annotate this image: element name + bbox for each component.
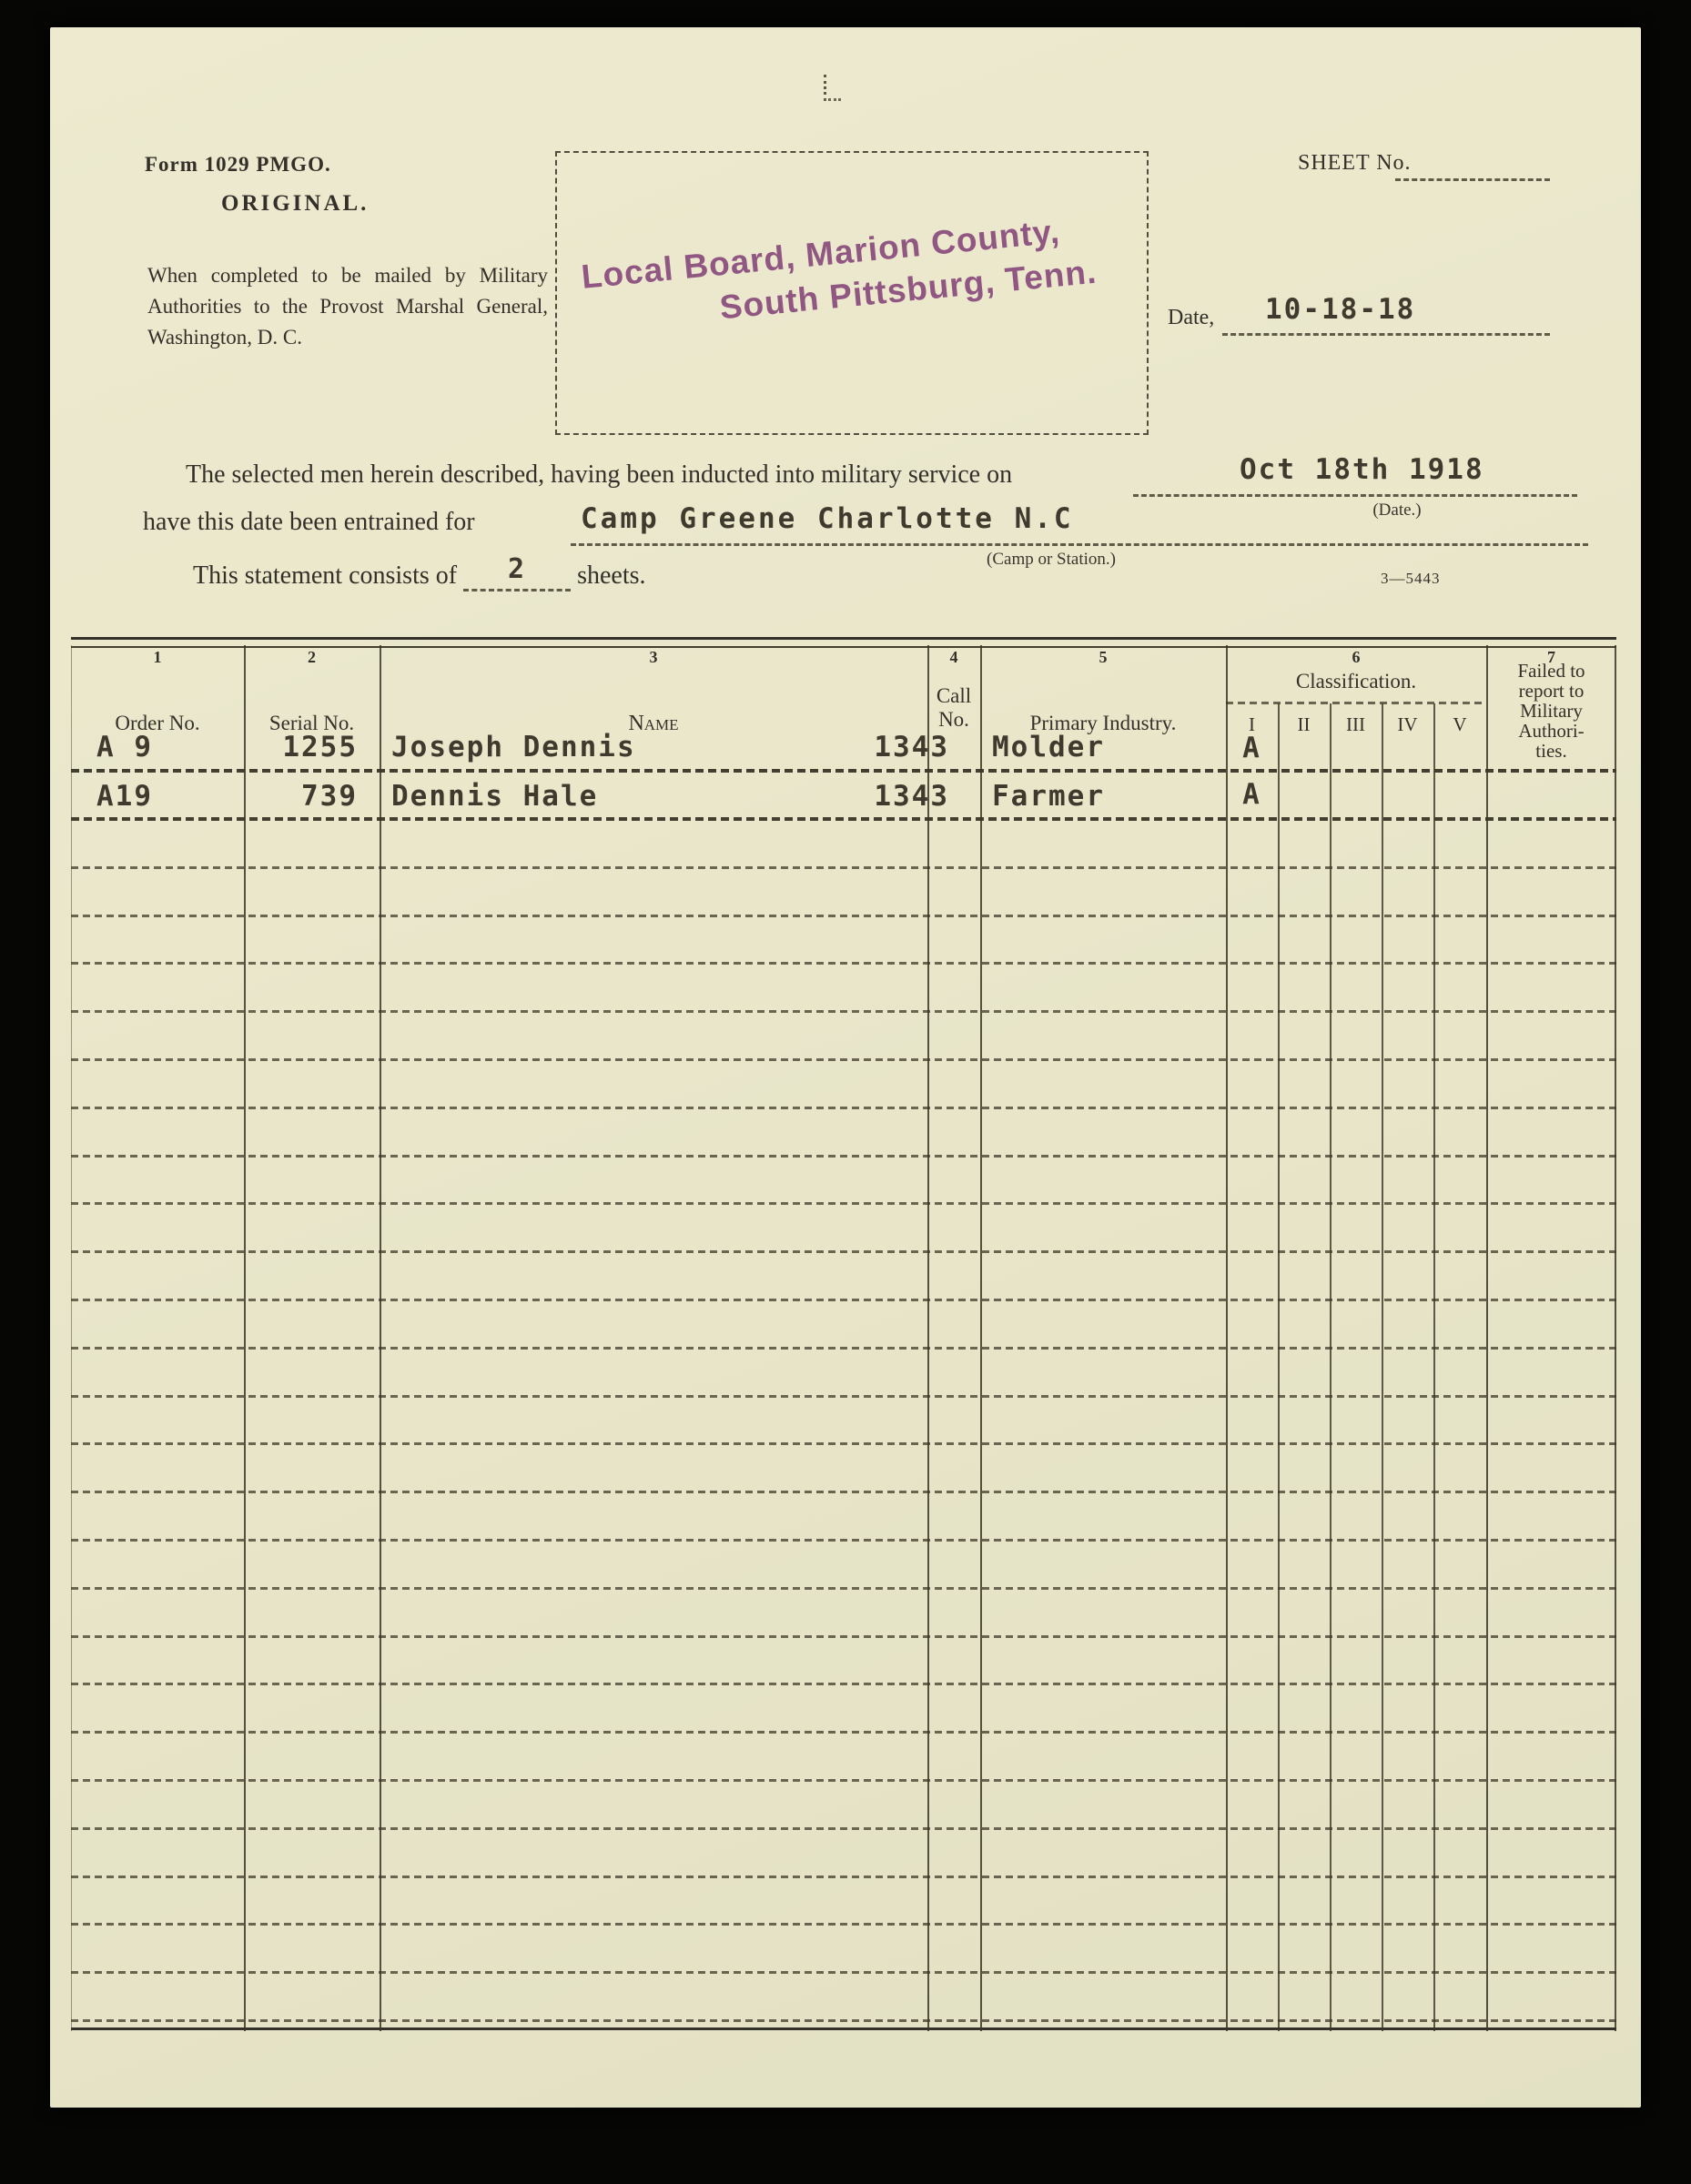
- divider-classification-failed: [1486, 645, 1488, 2031]
- local-board-stamp: Local Board, Marion County, South Pittsb…: [580, 207, 1113, 339]
- statement-line1: The selected men herein described, havin…: [186, 460, 1012, 490]
- statement-line3-prefix: This statement consists of: [193, 561, 457, 590]
- row1-classification: A: [1226, 732, 1278, 764]
- table-empty-row: [71, 869, 1616, 917]
- row1-serial-no: 1255: [208, 731, 358, 763]
- table-empty-row: [71, 1926, 1616, 1974]
- header-classification: Classification.: [1226, 670, 1486, 693]
- divider-grade-2-3: [1330, 703, 1332, 2031]
- induction-date-value: Oct 18th 1918: [1240, 453, 1484, 486]
- row2-order-no: A19: [96, 780, 153, 813]
- table-empty-row: [71, 1493, 1616, 1542]
- copy-type-label: ORIGINAL.: [221, 191, 369, 217]
- statement-line3: This statement consists of 2 sheets.: [193, 559, 646, 593]
- header-call-no: Call No.: [927, 684, 980, 732]
- row2-primary-industry: Farmer: [992, 780, 1105, 813]
- empty-rows: [71, 821, 1616, 2022]
- table-top-rule: [71, 637, 1616, 648]
- table-empty-row: [71, 965, 1616, 1013]
- table-empty-row: [71, 1013, 1616, 1061]
- col-number-6: 6: [1226, 648, 1486, 667]
- sheets-count-blank: 2: [463, 557, 571, 591]
- header-failed-line1: Failed to: [1486, 661, 1616, 681]
- divider-industry-classification: [1226, 645, 1228, 2031]
- header-call-line1: Call: [927, 684, 980, 708]
- camp-value: Camp Greene Charlotte N.C: [581, 502, 1074, 535]
- row2-name: Dennis Hale: [391, 780, 598, 813]
- divider-grade-3-4: [1382, 703, 1383, 2031]
- divider-order-serial: [244, 645, 246, 2031]
- header-call-line2: No.: [927, 708, 980, 732]
- print-code: 3—5443: [1381, 570, 1441, 588]
- date-label: Date,: [1168, 306, 1214, 330]
- header-failed-line4: Authori-: [1486, 721, 1616, 741]
- statement-line2: have this date been entrained for: [143, 508, 475, 537]
- date-value: 10-18-18: [1265, 293, 1415, 326]
- classification-subheader-rule: [1226, 702, 1486, 704]
- table-empty-row: [71, 1782, 1616, 1830]
- sheet-no-label: SHEET No.: [1298, 151, 1412, 176]
- table-empty-row: [71, 1638, 1616, 1686]
- table-right-border: [1615, 645, 1616, 2031]
- table-empty-row: [71, 1109, 1616, 1158]
- table-empty-row: [71, 1734, 1616, 1782]
- row2-serial-no: 739: [208, 780, 358, 813]
- table-empty-row: [71, 1878, 1616, 1926]
- row1-separator: [71, 769, 1616, 773]
- table-empty-row: [71, 1158, 1616, 1206]
- divider-call-industry: [980, 645, 982, 2031]
- table-left-border: [71, 645, 72, 2031]
- row1-name: Joseph Dennis: [391, 731, 636, 763]
- divider-serial-name: [380, 645, 381, 2031]
- mailing-instructions: When completed to be mailed by Military …: [147, 260, 548, 353]
- row1-primary-industry: Molder: [992, 731, 1105, 763]
- col-number-3: 3: [380, 648, 927, 667]
- sheets-count-value: 2: [508, 553, 526, 585]
- header-failed-to-report: Failed to report to Military Authori- ti…: [1486, 661, 1616, 761]
- divider-name-call: [927, 645, 929, 2031]
- col-number-5: 5: [980, 648, 1226, 667]
- table-empty-row: [71, 1445, 1616, 1493]
- row1-call-no: 1343: [840, 731, 949, 763]
- form-paper: Form 1029 PMGO. ORIGINAL. When completed…: [50, 27, 1641, 2108]
- table-empty-row: [71, 1830, 1616, 1878]
- col-number-4: 4: [927, 648, 980, 667]
- date-caption: (Date.): [1324, 500, 1470, 521]
- date-blank: [1222, 333, 1550, 336]
- table-empty-row: [71, 1253, 1616, 1301]
- col-number-2: 2: [244, 648, 380, 667]
- row2-classification: A: [1226, 778, 1278, 811]
- camp-caption: (Camp or Station.): [969, 550, 1133, 570]
- divider-grade-4-5: [1433, 703, 1435, 2031]
- table-empty-row: [71, 1398, 1616, 1446]
- header-grade-iv: IV: [1382, 713, 1433, 736]
- header-grade-ii: II: [1278, 713, 1330, 736]
- table-empty-row: [71, 1061, 1616, 1109]
- row2-call-no: 1343: [840, 780, 949, 813]
- table-empty-row: [71, 1350, 1616, 1398]
- table-empty-row: [71, 1542, 1616, 1590]
- table-empty-row: [71, 1205, 1616, 1253]
- table-empty-row: [71, 1685, 1616, 1734]
- induction-date-blank: [1133, 494, 1577, 497]
- table-bottom-rule: [71, 2027, 1616, 2030]
- header-failed-line3: Military: [1486, 701, 1616, 721]
- camp-blank: [571, 543, 1588, 546]
- table-empty-row: [71, 1301, 1616, 1350]
- stamp-box: Local Board, Marion County, South Pittsb…: [555, 151, 1149, 435]
- table-empty-row: [71, 917, 1616, 966]
- row1-order-no: A 9: [96, 731, 153, 763]
- header-grade-v: V: [1433, 713, 1486, 736]
- header-failed-line2: report to: [1486, 681, 1616, 701]
- table-empty-row: [71, 1974, 1616, 2022]
- table-empty-row: [71, 821, 1616, 869]
- scan-background: { "page": { "form_number": "Form 1029 PM…: [0, 0, 1691, 2184]
- form-number: Form 1029 PMGO.: [145, 153, 331, 177]
- header-failed-line5: ties.: [1486, 741, 1616, 761]
- entrainment-table: 1 2 3 4 5 6 7 Order No. Serial No. Name …: [71, 637, 1616, 2033]
- sheet-no-blank: [1395, 178, 1550, 181]
- statement-line3-suffix: sheets.: [577, 561, 645, 590]
- header-grade-iii: III: [1330, 713, 1382, 736]
- col-number-1: 1: [71, 648, 244, 667]
- divider-grade-1-2: [1278, 703, 1280, 2031]
- table-empty-row: [71, 1590, 1616, 1638]
- printer-registration-mark: [824, 75, 841, 101]
